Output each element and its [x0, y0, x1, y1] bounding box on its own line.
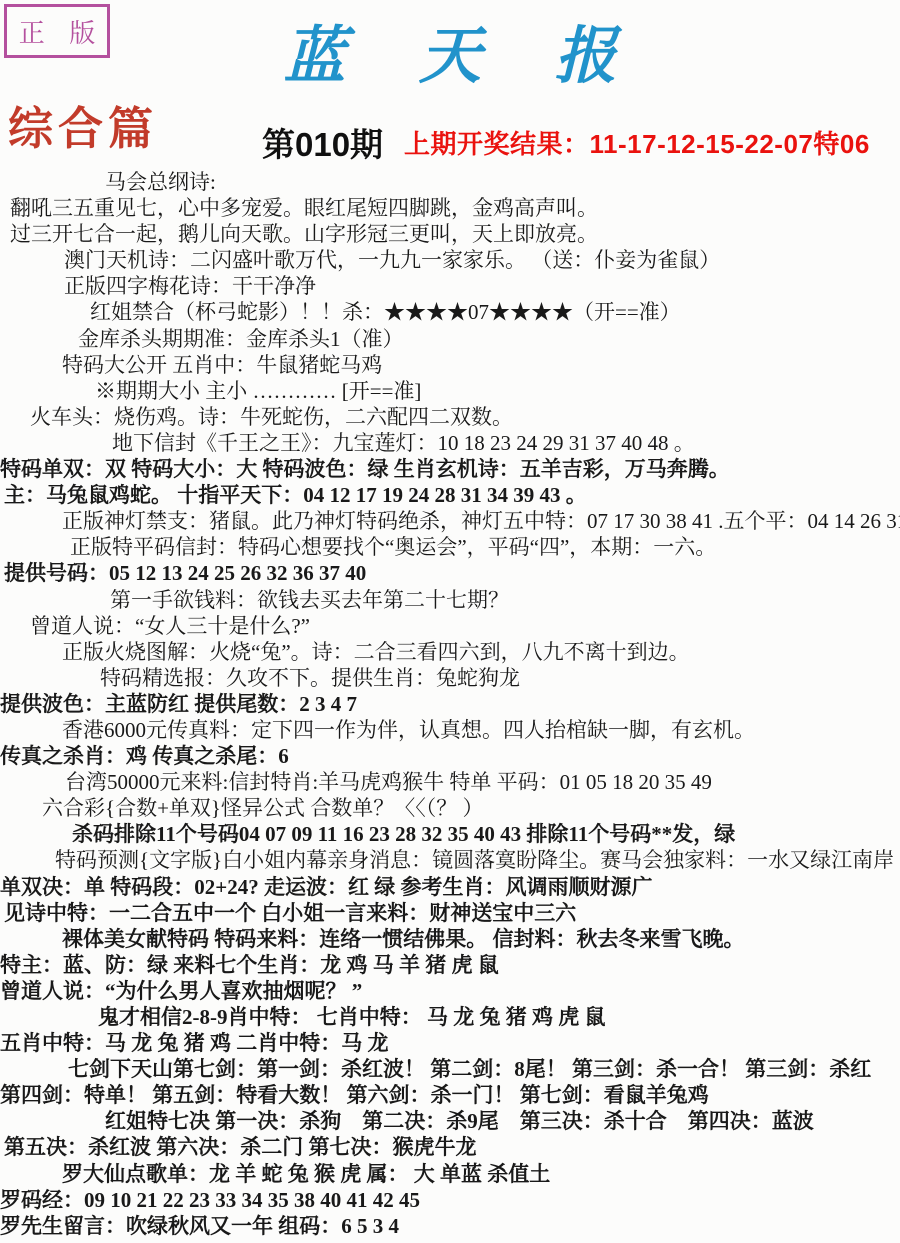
text-line: 六合彩{合数+单双}怪异公式 合数单？〈〈（？ ）: [0, 795, 900, 821]
text-line: 正版四字梅花诗：干干净净: [0, 273, 900, 299]
issue-number: 第010期: [262, 119, 383, 166]
text-line: 特码预测{文字版}白小姐内幕亲身消息：镜圆落寞盼降尘。赛马会独家料：一水又绿江南…: [0, 847, 900, 873]
text-line: 杀码排除11个号码04 07 09 11 16 23 28 32 35 40 4…: [0, 821, 900, 847]
text-line: 红姐禁合（杯弓蛇影）！！杀：★★★★07★★★★（开==准）: [0, 299, 900, 325]
text-line: 特码大公开 五肖中：牛鼠猪蛇马鸡: [0, 352, 900, 378]
text-line: 提供号码：05 12 13 24 25 26 32 36 37 40: [0, 560, 900, 586]
text-line: 过三开七合一起，鹅儿向天歌。山字形冠三更叫，天上即放亮。: [0, 221, 900, 247]
text-line: 马会总纲诗:: [0, 169, 900, 195]
text-line: 正版特平码信封：特码心想要找个“奥运会”，平码“四”，本期：一六。: [0, 534, 900, 560]
text-line: 翻吼三五重见七，心中多宠爱。眼红尾短四脚跳，金鸡高声叫。: [0, 195, 900, 221]
text-line: 特主：蓝、防：绿 来料七个生肖：龙 鸡 马 羊 猪 虎 鼠: [0, 952, 900, 978]
text-line: 曾道人说：“为什么男人喜欢抽烟呢？ ”: [0, 978, 900, 1004]
text-line: 主：马兔鼠鸡蛇。 十指平天下：04 12 17 19 24 28 31 34 3…: [0, 482, 900, 508]
text-line: 第一手欲钱料：欲钱去买去年第二十七期？: [0, 587, 900, 613]
text-line: 传真之杀肖：鸡 传真之杀尾：6: [0, 743, 900, 769]
last-draw-result: 上期开奖结果：11-17-12-15-22-07特06: [404, 124, 870, 161]
text-line: 澳门天机诗：二闪盛叶歌万代，一九九一家家乐。 （送：仆妾为雀鼠）: [0, 247, 900, 273]
text-line: 第四剑：特单！ 第五剑：特看大数！ 第六剑：杀一门！ 第七剑：看鼠羊兔鸡: [0, 1082, 900, 1108]
text-line: ※期期大小 主小 ………… [开==准]: [0, 378, 900, 404]
text-line: 单双决：单 特码段：02+24? 走运波：红 绿 参考生肖：风调雨顺财源广: [0, 874, 900, 900]
text-line: 台湾50000元来料:信封特肖:羊马虎鸡猴牛 特单 平码：01 05 18 20…: [0, 769, 900, 795]
text-line: 特码精选报：久攻不下。提供生肖：兔蛇狗龙: [0, 665, 900, 691]
text-line: 提供波色：主蓝防红 提供尾数：2 3 4 7: [0, 691, 900, 717]
newspaper-page: { "page": { "edition_label": "正 版", "tit…: [0, 0, 900, 1243]
paper-title: 蓝 天 报: [0, 6, 900, 95]
text-line: 正版火烧图解：火烧“兔”。诗：二合三看四六到，八九不离十到边。: [0, 639, 900, 665]
text-line: 五肖中特：马 龙 兔 猪 鸡 二肖中特：马 龙: [0, 1030, 900, 1056]
text-line: 鬼才相信2-8-9肖中特： 七肖中特： 马 龙 兔 猪 鸡 虎 鼠: [0, 1004, 900, 1030]
text-line: 香港6000元传真料：定下四一作为伴，认真想。四人抬棺缺一脚，有玄机。: [0, 717, 900, 743]
text-line: 红姐特七决 第一决：杀狗 第二决：杀9尾 第三决：杀十合 第四决：蓝波: [0, 1108, 900, 1134]
text-line: 罗大仙点歌单：龙 羊 蛇 兔 猴 虎 属： 大 单蓝 杀值土: [0, 1161, 900, 1187]
text-line: 第五决：杀红波 第六决：杀二门 第七决：猴虎牛龙: [0, 1134, 900, 1160]
body-lines: 马会总纲诗:翻吼三五重见七，心中多宠爱。眼红尾短四脚跳，金鸡高声叫。过三开七合一…: [0, 169, 900, 1239]
text-line: 地下信封《千王之王》：九宝莲灯：10 18 23 24 29 31 37 40 …: [0, 430, 900, 456]
text-line: 曾道人说：“女人三十是什么?”: [0, 613, 900, 639]
text-line: 七剑下天山第七剑：第一剑：杀红波！ 第二剑：8尾！ 第三剑：杀一合！ 第三剑：杀…: [0, 1056, 900, 1082]
text-line: 金库杀头期期准：金库杀头1（准）: [0, 326, 900, 352]
text-line: 正版神灯禁支：猪鼠。此乃神灯特码绝杀，神灯五中特：07 17 30 38 41 …: [0, 508, 900, 534]
text-line: 特码单双：双 特码大小：大 特码波色：绿 生肖玄机诗：五羊吉彩，万马奔腾。: [0, 456, 900, 482]
text-line: 罗码经：09 10 21 22 23 33 34 35 38 40 41 42 …: [0, 1187, 900, 1213]
text-line: 罗先生留言：吹绿秋风又一年 组码：6 5 3 4: [0, 1213, 900, 1239]
text-line: 裸体美女献特码 特码来料：连络一惯结佛果。 信封料：秋去冬来雪飞晚。: [0, 926, 900, 952]
text-line: 见诗中特：一二合五中一个 白小姐一言来料：财神送宝中三六: [0, 900, 900, 926]
text-line: 火车头：烧伤鸡。诗：牛死蛇伤，二六配四二双数。: [0, 404, 900, 430]
section-label: 综合篇: [8, 92, 158, 157]
